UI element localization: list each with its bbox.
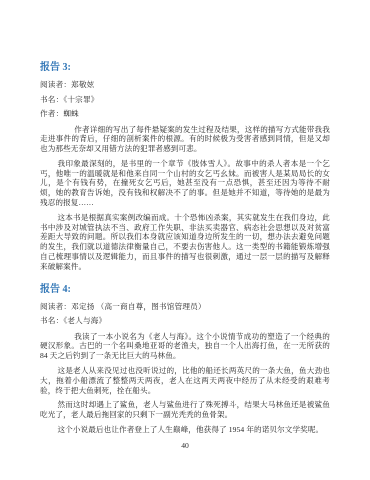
report-4-book-name: 书名：《老人与海》 <box>40 317 330 325</box>
report-3-book-name: 书名：《十宗罪》 <box>40 96 330 104</box>
report-3-paragraph-3: 这本书是根据真实案例改编而成。十个恐怖凶杀案，其实就发生在我们身边，此书中涉及对… <box>40 213 330 272</box>
report-3-section: 报告 3: 阅读者：郑敬妶 书名：《十宗罪》 作者：蜘蛛 作者详细的写出了每件悬… <box>40 62 330 272</box>
report-4-paragraph-2: 这是老人从来没见过也没听说过的，比他的船还长两英尺的一条大鱼，鱼大劲也大，拖着小… <box>40 366 330 395</box>
report-3-reader: 阅读者：郑敬妶 <box>40 81 330 89</box>
report-4-title: 报告 4: <box>40 284 330 296</box>
report-3-title: 报告 3: <box>40 62 330 74</box>
report-3-paragraph-1: 作者详细的写出了每件悬疑案的发生过程及结果，这样的描写方式能带我我走进事件的背后… <box>40 125 330 154</box>
report-4-paragraph-1: 我读了一本小说名为《老人与海》。这个小说情节成功的塑造了一个经典的硬汉形象。古巴… <box>40 332 330 361</box>
report-4-reader: 阅读者：邓定扬 （高一商自尊，图书馆管理员） <box>40 303 330 311</box>
page-number: 40 <box>0 441 370 450</box>
report-3-paragraph-2: 我印象最深刻的，是书里的一个章节《肢体雪人》。故事中的杀人者本是一个乞丐，他唯一… <box>40 159 330 208</box>
document-page: 报告 3: 阅读者：郑敬妶 书名：《十宗罪》 作者：蜘蛛 作者详细的写出了每件悬… <box>0 0 370 480</box>
report-4-paragraph-4: 这个小说最后也让作者登上了人生巅峰，他获得了 1954 年的诺贝尔文学奖呢。 <box>40 425 330 435</box>
report-4-section: 报告 4: 阅读者：邓定扬 （高一商自尊，图书馆管理员） 书名：《老人与海》 我… <box>40 284 330 435</box>
report-4-paragraph-3: 然而这时却遇上了鲨鱼，老人与鲨鱼进行了殊死搏斗，结果大马林鱼还是被鲨鱼吃光了，老… <box>40 400 330 420</box>
report-3-author: 作者：蜘蛛 <box>40 110 330 118</box>
